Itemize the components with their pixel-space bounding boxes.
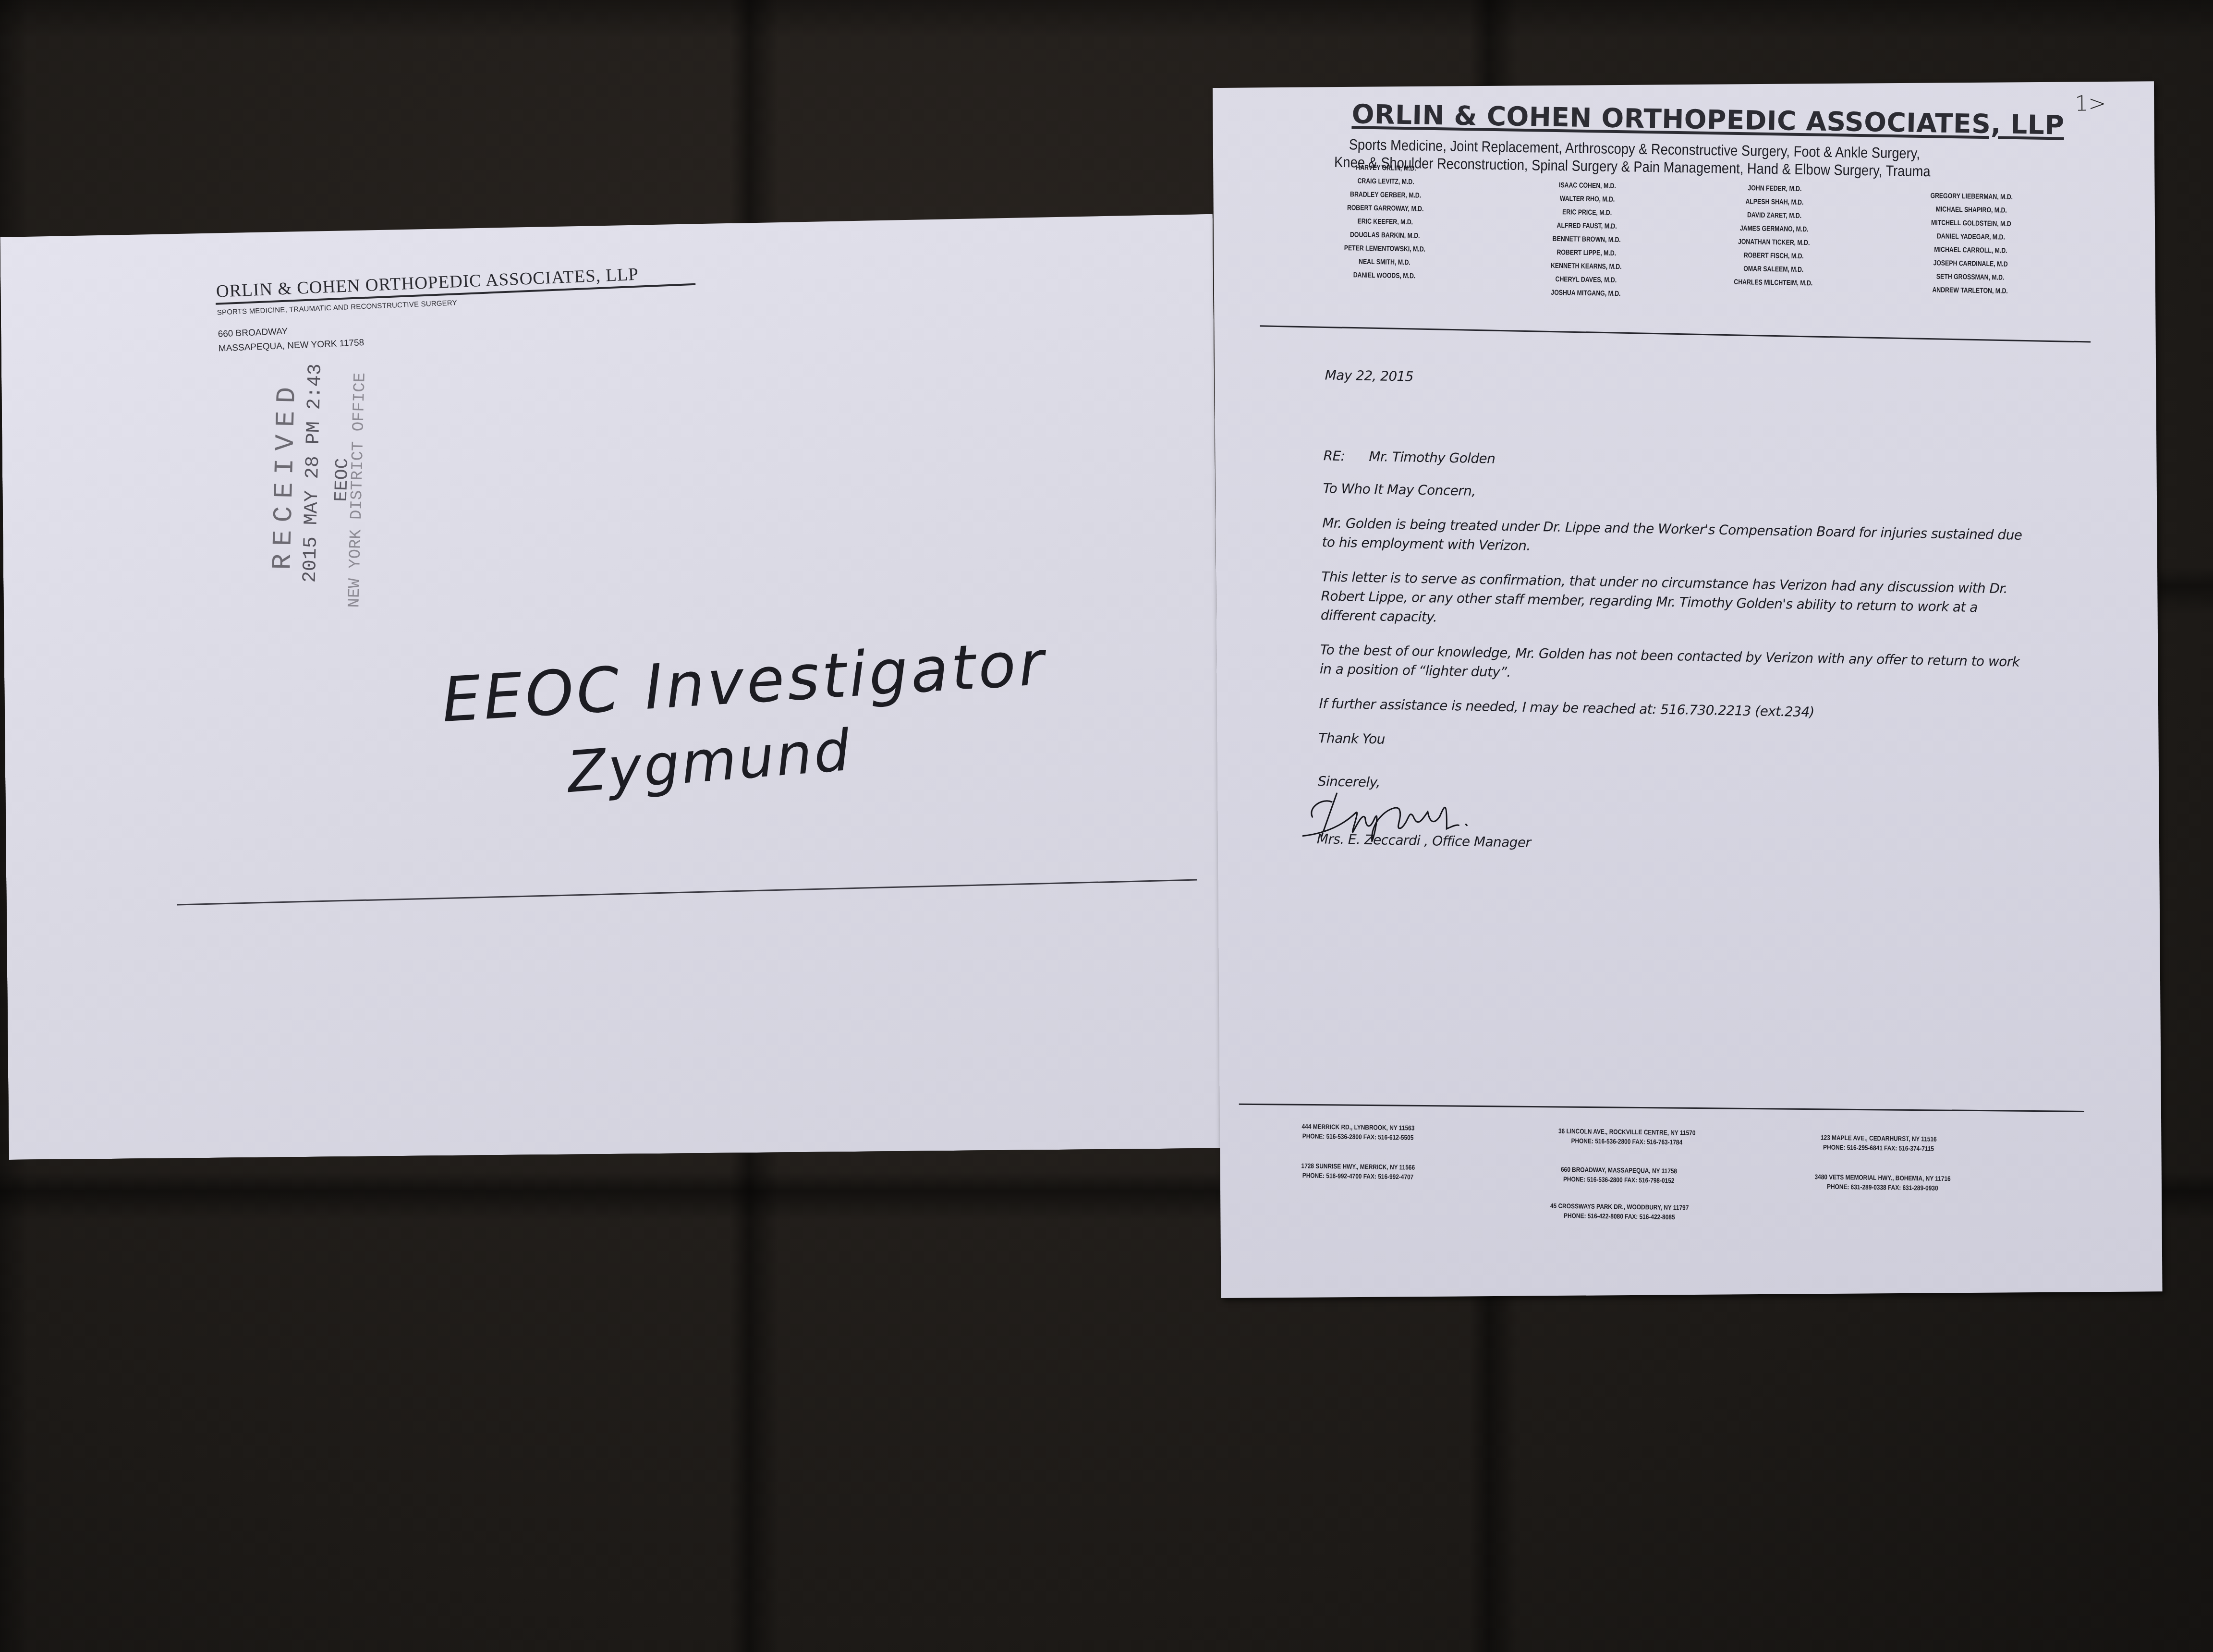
letterhead-rule: [1260, 325, 2091, 342]
office-phone: PHONE: 516-536-2800 FAX: 516-798-0152: [1561, 1174, 1677, 1185]
letter-re-line: RE: Mr. Timothy Golden: [1323, 446, 2024, 477]
doctor-name: JOHN FEDER, M.D.: [1727, 182, 1822, 196]
letterhead: ORLIN & COHEN ORTHOPEDIC ASSOCIATES, LLP…: [1213, 97, 2154, 111]
footer-rule: [1239, 1104, 2084, 1112]
stamp-received: RECEIVED: [267, 379, 303, 570]
doctor-name: WALTER RHO, M.D.: [1544, 192, 1631, 207]
return-address: ORLIN & COHEN ORTHOPEDIC ASSOCIATES, LLP…: [216, 262, 698, 356]
stamp-date: 2015 MAY 28 PM 2:43: [300, 364, 327, 583]
re-value: Mr. Timothy Golden: [1369, 449, 1495, 467]
envelope-address: 660 BROADWAY MASSAPEQUA, NEW YORK 11758: [218, 308, 698, 356]
doctor-column: JOHN FEDER, M.D.ALPESH SHAH, M.D.DAVID Z…: [1726, 182, 1822, 291]
doctor-name: JOSHUA MITGANG, M.D.: [1543, 286, 1629, 301]
doctor-name: DANIEL WOODS, M.D.: [1341, 268, 1428, 283]
doctor-name: ERIC KEEFER, M.D.: [1342, 215, 1429, 230]
office-address: 123 MAPLE AVE., CEDARHURST, NY 11516 PHO…: [1821, 1132, 1937, 1153]
office-address: 660 BROADWAY, MASSAPEQUA, NY 11758 PHONE…: [1561, 1165, 1678, 1185]
doctor-name: BRADLEY GERBER, M.D.: [1342, 188, 1429, 203]
doctor-name: ROBERT LIPPE, M.D.: [1543, 246, 1630, 261]
office-address: 1728 SUNRISE HWY., MERRICK, NY 11566 PHO…: [1301, 1161, 1415, 1181]
doctor-name: ALFRED FAUST, M.D.: [1544, 219, 1630, 234]
letter-contact-paragraph: If further assistance is needed, I may b…: [1319, 694, 2020, 725]
doctor-name: NEAL SMITH, M.D.: [1341, 255, 1428, 270]
re-label: RE:: [1323, 448, 1345, 464]
doctor-name: MITCHELL GOLDSTEIN, M.D: [1920, 216, 2023, 231]
doctor-name: JAMES GERMANO, M.D.: [1727, 222, 1822, 237]
doctor-name: KENNETH KEARNS, M.D.: [1543, 259, 1629, 274]
office-phone: PHONE: 516-422-8080 FAX: 516-422-8085: [1550, 1211, 1689, 1222]
office-phone: PHONE: 516-536-2800 FAX: 516-612-5505: [1301, 1131, 1414, 1142]
office-phone: PHONE: 516-295-6841 FAX: 516-374-7115: [1821, 1142, 1937, 1153]
office-address: 45 CROSSWAYS PARK DR., WOODBURY, NY 1179…: [1550, 1201, 1689, 1222]
doctor-name: ROBERT GARROWAY, M.D.: [1342, 201, 1429, 216]
doctor-column: ISAAC COHEN, M.D.WALTER RHO, M.D.ERIC PR…: [1543, 179, 1631, 301]
doctor-column: HARVEY ORLIN, M.D.CRAIG LEVITZ, M.D.BRAD…: [1341, 161, 1429, 283]
doctor-name: BENNETT BROWN, M.D.: [1543, 232, 1630, 247]
office-locations: 444 MERRICK RD., LYNBROOK, NY 11563 PHON…: [1220, 1120, 2161, 1133]
doctor-name: JOSEPH CARDINALE, M.D: [1919, 256, 2022, 271]
doctor-name: ROBERT FISCH, M.D.: [1727, 249, 1821, 264]
letter-paragraph: This letter is to serve as confirmation,…: [1321, 567, 2023, 637]
letter-closing: Thank You: [1318, 729, 2019, 760]
stamp-office: NEW YORK DISTRICT OFFICE: [345, 373, 369, 608]
envelope: ORLIN & COHEN ORTHOPEDIC ASSOCIATES, LLP…: [0, 214, 1222, 1160]
office-phone: PHONE: 631-289-0338 FAX: 631-289-0930: [1814, 1181, 1951, 1193]
doctor-column: GREGORY LIEBERMAN, M.D.MICHAEL SHAPIRO, …: [1919, 189, 2023, 298]
doctor-name: HARVEY ORLIN, M.D.: [1343, 161, 1430, 176]
office-address: 444 MERRICK RD., LYNBROOK, NY 11563 PHON…: [1301, 1121, 1414, 1142]
office-phone: PHONE: 516-992-4700 FAX: 516-992-4707: [1301, 1170, 1415, 1181]
letter-paragraph: To the best of our knowledge, Mr. Golden…: [1320, 640, 2021, 691]
letter: 1> ORLIN & COHEN ORTHOPEDIC ASSOCIATES, …: [1213, 81, 2163, 1298]
doctor-name: CHARLES MILCHTEIM, M.D.: [1726, 276, 1821, 291]
letterhead-firm-name: ORLIN & COHEN ORTHOPEDIC ASSOCIATES, LLP: [1351, 98, 2064, 140]
doctor-name: GREGORY LIEBERMAN, M.D.: [1920, 189, 2023, 204]
doctor-name: CHERYL DAVES, M.D.: [1543, 273, 1629, 288]
letter-paragraph: Mr. Golden is being treated under Dr. Li…: [1322, 513, 2023, 564]
doctor-name: SETH GROSSMAN, M.D.: [1919, 270, 2022, 285]
doctor-name: ALPESH SHAH, M.D.: [1727, 195, 1822, 210]
doctor-name: CRAIG LEVITZ, M.D.: [1342, 174, 1429, 189]
doctor-name: ERIC PRICE, M.D.: [1544, 206, 1630, 220]
office-phone: PHONE: 516-536-2800 FAX: 516-763-1784: [1558, 1136, 1696, 1147]
office-address: 36 LINCOLN AVE., ROCKVILLE CENTRE, NY 11…: [1558, 1126, 1696, 1147]
handwritten-page-mark: 1>: [2075, 91, 2106, 116]
doctor-name: DAVID ZARET, M.D.: [1727, 208, 1822, 223]
doctor-name: PETER LEMENTOWSKI, M.D.: [1341, 242, 1428, 256]
letter-date: May 22, 2015: [1325, 365, 2026, 397]
signature-scribble-icon: [1302, 788, 1534, 845]
doctor-name: DOUGLAS BARKIN, M.D.: [1341, 228, 1428, 243]
doctor-name: MICHAEL CARROLL, M.D.: [1920, 243, 2022, 258]
doctor-name: ANDREW TARLETON, M.D.: [1919, 283, 2021, 298]
doctor-name: ISAAC COHEN, M.D.: [1544, 179, 1631, 194]
doctor-name: MICHAEL SHAPIRO, M.D.: [1920, 203, 2023, 218]
handwritten-name: Zygmund: [565, 717, 854, 806]
doctor-name: JONATHAN TICKER, M.D.: [1727, 235, 1821, 250]
handwritten-recipient: EEOC Investigator: [440, 627, 1049, 736]
office-address: 3480 VETS MEMORIAL HWY., BOHEMIA, NY 117…: [1814, 1172, 1951, 1193]
doctor-name: DANIEL YADEGAR, M.D.: [1920, 230, 2022, 244]
letter-salutation: To Who It May Concern,: [1323, 479, 2024, 510]
envelope-fold-line: [177, 879, 1197, 906]
letter-body: May 22, 2015 RE: Mr. Timothy Golden To W…: [1316, 365, 2026, 861]
doctor-name: OMAR SALEEM, M.D.: [1726, 262, 1821, 277]
